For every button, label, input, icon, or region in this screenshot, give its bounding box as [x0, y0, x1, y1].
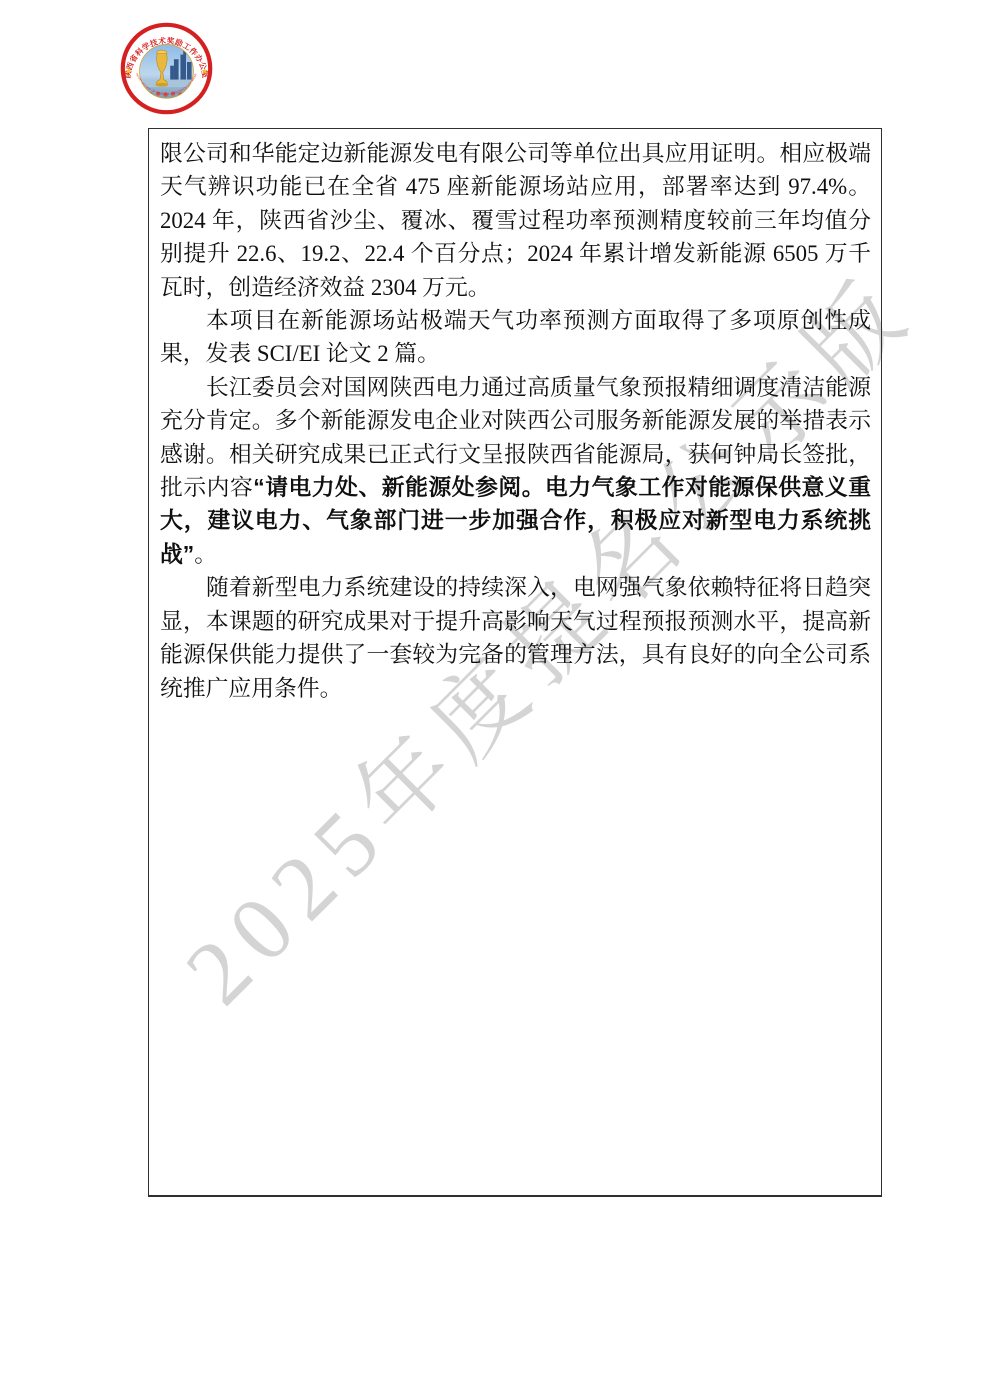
document-paragraphs: 限公司和华能定边新能源发电有限公司等单位出具应用证明。相应极端天气辨识功能已在全…	[160, 137, 871, 705]
document-border-box: 限公司和华能定边新能源发电有限公司等单位出具应用证明。相应极端天气辨识功能已在全…	[148, 128, 882, 1197]
body-text: 本项目在新能源场站极端天气功率预测方面取得了多项原创性成果，发表 SCI/EI …	[160, 308, 871, 366]
award-office-seal-logo: 陕西省科学技术奖励工作办公室 SHAANXI OFFICE OF SCIENCE…	[120, 22, 213, 115]
seal-graphic: 陕西省科学技术奖励工作办公室 SHAANXI OFFICE OF SCIENCE…	[120, 22, 213, 115]
body-text: 限公司和华能定边新能源发电有限公司等单位出具应用证明。相应极端天气辨识功能已在全…	[160, 141, 871, 300]
bold-directive-text: “请电力处、新能源处参阅。电力气象工作对能源保供意义重大，建议电力、气象部门进一…	[160, 474, 871, 567]
body-text: 。	[194, 542, 217, 567]
body-text: 随着新型电力系统建设的持续深入，电网强气象依赖特征将日趋突显，本课题的研究成果对…	[160, 575, 871, 700]
paragraph: 长江委员会对国网陕西电力通过高质量气象预报精细调度清洁能源充分肯定。多个新能源发…	[160, 371, 871, 571]
paragraph: 随着新型电力系统建设的持续深入，电网强气象依赖特征将日趋突显，本课题的研究成果对…	[160, 571, 871, 705]
paragraph: 限公司和华能定边新能源发电有限公司等单位出具应用证明。相应极端天气辨识功能已在全…	[160, 137, 871, 304]
paragraph: 本项目在新能源场站极端天气功率预测方面取得了多项原创性成果，发表 SCI/EI …	[160, 304, 871, 371]
